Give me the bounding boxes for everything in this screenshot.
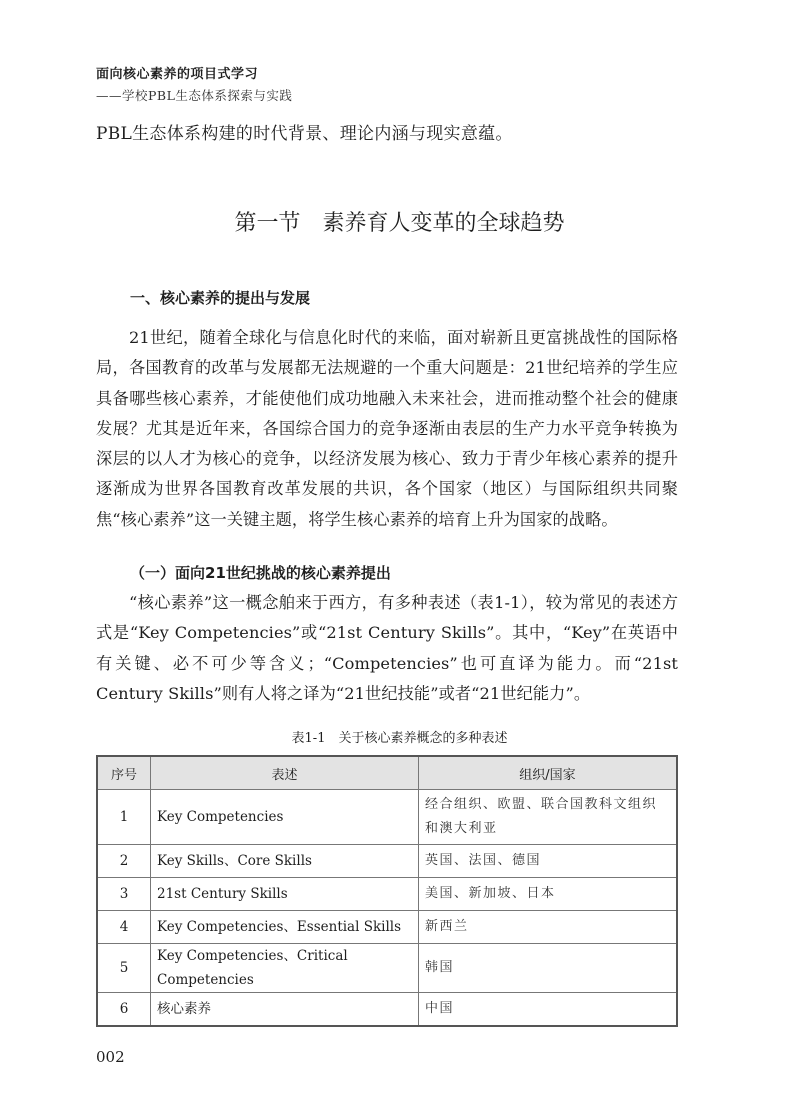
cell-org: 新西兰 [419,911,678,944]
heading-level-1: 一、核心素养的提出与发展 [130,285,310,311]
cell-no: 6 [97,993,151,1027]
cell-expression: Key Competencies、Critical Competencies [151,944,419,993]
cell-no: 4 [97,911,151,944]
cell-org: 美国、新加坡、日本 [419,878,678,911]
section-title: 第一节素养育人变革的全球趋势 [0,206,799,242]
cell-org: 经合组织、欧盟、联合国教科文组织和澳大利亚 [419,790,678,845]
cell-expression: Key Competencies、Essential Skills [151,911,419,944]
cell-expression: Key Competencies [151,790,419,845]
cell-org: 英国、法国、德国 [419,845,678,878]
book-title: 面向核心素养的项目式学习 [96,64,292,86]
book-subtitle: ——学校PBL生态体系探索与实践 [96,86,292,106]
section-number: 第一节 [234,211,300,236]
table-row: 2 Key Skills、Core Skills 英国、法国、德国 [97,845,677,878]
cell-no: 2 [97,845,151,878]
table-row: 3 21st Century Skills 美国、新加坡、日本 [97,878,677,911]
header-org: 组织/国家 [419,756,678,790]
cell-no: 3 [97,878,151,911]
table-row: 4 Key Competencies、Essential Skills 新西兰 [97,911,677,944]
page-number: 002 [96,1048,125,1066]
cell-no: 5 [97,944,151,993]
cell-expression: 21st Century Skills [151,878,419,911]
cell-org: 韩国 [419,944,678,993]
cell-expression: 核心素养 [151,993,419,1027]
table-row: 1 Key Competencies 经合组织、欧盟、联合国教科文组织和澳大利亚 [97,790,677,845]
running-head: 面向核心素养的项目式学习 ——学校PBL生态体系探索与实践 [96,64,292,106]
header-expression: 表述 [151,756,419,790]
table-row: 6 核心素养 中国 [97,993,677,1027]
table-header-row: 序号 表述 组织/国家 [97,756,677,790]
table-row: 5 Key Competencies、Critical Competencies… [97,944,677,993]
competencies-table: 序号 表述 组织/国家 1 Key Competencies 经合组织、欧盟、联… [96,755,678,1027]
cell-expression: Key Skills、Core Skills [151,845,419,878]
table-caption: 表1-1 关于核心素养概念的多种表述 [0,728,799,750]
paragraph-2: “核心素养”这一概念舶来于西方，有多种表述（表1-1），较为常见的表述方式是“K… [96,588,678,709]
paragraph-1: 21世纪，随着全球化与信息化时代的来临，面对崭新且更富挑战性的国际格局，各国教育… [96,323,678,535]
cell-org: 中国 [419,993,678,1027]
section-name: 素养育人变革的全球趋势 [323,211,565,236]
carryover-text: PBL生态体系构建的时代背景、理论内涵与现实意蕴。 [96,120,513,148]
cell-no: 1 [97,790,151,845]
heading-level-2: （一）面向21世纪挑战的核心素养提出 [130,560,391,586]
header-no: 序号 [97,756,151,790]
